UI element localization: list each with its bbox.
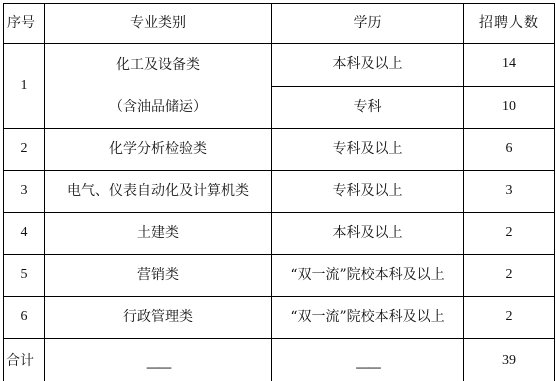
row-category: 营销类	[45, 255, 272, 297]
row-index: 2	[4, 129, 45, 171]
header-education: 学历	[272, 4, 464, 44]
row-count: 2	[464, 213, 555, 255]
row-education: 专科及以上	[272, 129, 464, 171]
row-category: 化工及设备类 （含油品储运）	[45, 44, 272, 129]
table-row: 2 化学分析检验类 专科及以上 6	[4, 129, 555, 171]
table-total-row: 合计 —— —— 39	[4, 339, 555, 381]
row-education: “双一流”院校本科及以上	[272, 255, 464, 297]
table-row: 4 土建类 本科及以上 2	[4, 213, 555, 255]
row-count: 14	[464, 44, 555, 87]
row-count: 2	[464, 255, 555, 297]
header-category: 专业类别	[45, 4, 272, 44]
recruitment-table: 序号 专业类别 学历 招聘人数 1 化工及设备类 （含油品储运） 本科及以上 1…	[3, 3, 555, 381]
row-count: 2	[464, 297, 555, 339]
total-label: 合计	[4, 339, 45, 381]
row-index: 3	[4, 171, 45, 213]
row-count: 3	[464, 171, 555, 213]
total-category-dash: ——	[146, 360, 170, 376]
total-count: 39	[464, 339, 555, 381]
total-education-dash: ——	[356, 360, 380, 376]
table-header-row: 序号 专业类别 学历 招聘人数	[4, 4, 555, 44]
row-education: 本科及以上	[272, 213, 464, 255]
row-education: 专科及以上	[272, 171, 464, 213]
table-row: 5 营销类 “双一流”院校本科及以上 2	[4, 255, 555, 297]
row-category-line2: （含油品储运）	[45, 99, 271, 116]
table-row: 3 电气、仪表自动化及计算机类 专科及以上 3	[4, 171, 555, 213]
row-education: 专科	[272, 86, 464, 129]
header-count: 招聘人数	[464, 4, 555, 44]
row-category: 土建类	[45, 213, 272, 255]
table-row: 1 化工及设备类 （含油品储运） 本科及以上 14	[4, 44, 555, 87]
row-index: 6	[4, 297, 45, 339]
total-education: ——	[272, 339, 464, 381]
row-category: 电气、仪表自动化及计算机类	[45, 171, 272, 213]
header-index: 序号	[4, 4, 45, 44]
table-row: 6 行政管理类 “双一流”院校本科及以上 2	[4, 297, 555, 339]
row-education: 本科及以上	[272, 44, 464, 87]
row-count: 6	[464, 129, 555, 171]
row-category: 行政管理类	[45, 297, 272, 339]
row-index: 4	[4, 213, 45, 255]
row-category-line1: 化工及设备类	[45, 57, 271, 74]
row-index: 5	[4, 255, 45, 297]
row-category: 化学分析检验类	[45, 129, 272, 171]
row-count: 10	[464, 86, 555, 129]
row-education: “双一流”院校本科及以上	[272, 297, 464, 339]
total-category: ——	[45, 339, 272, 381]
row-index: 1	[4, 44, 45, 129]
